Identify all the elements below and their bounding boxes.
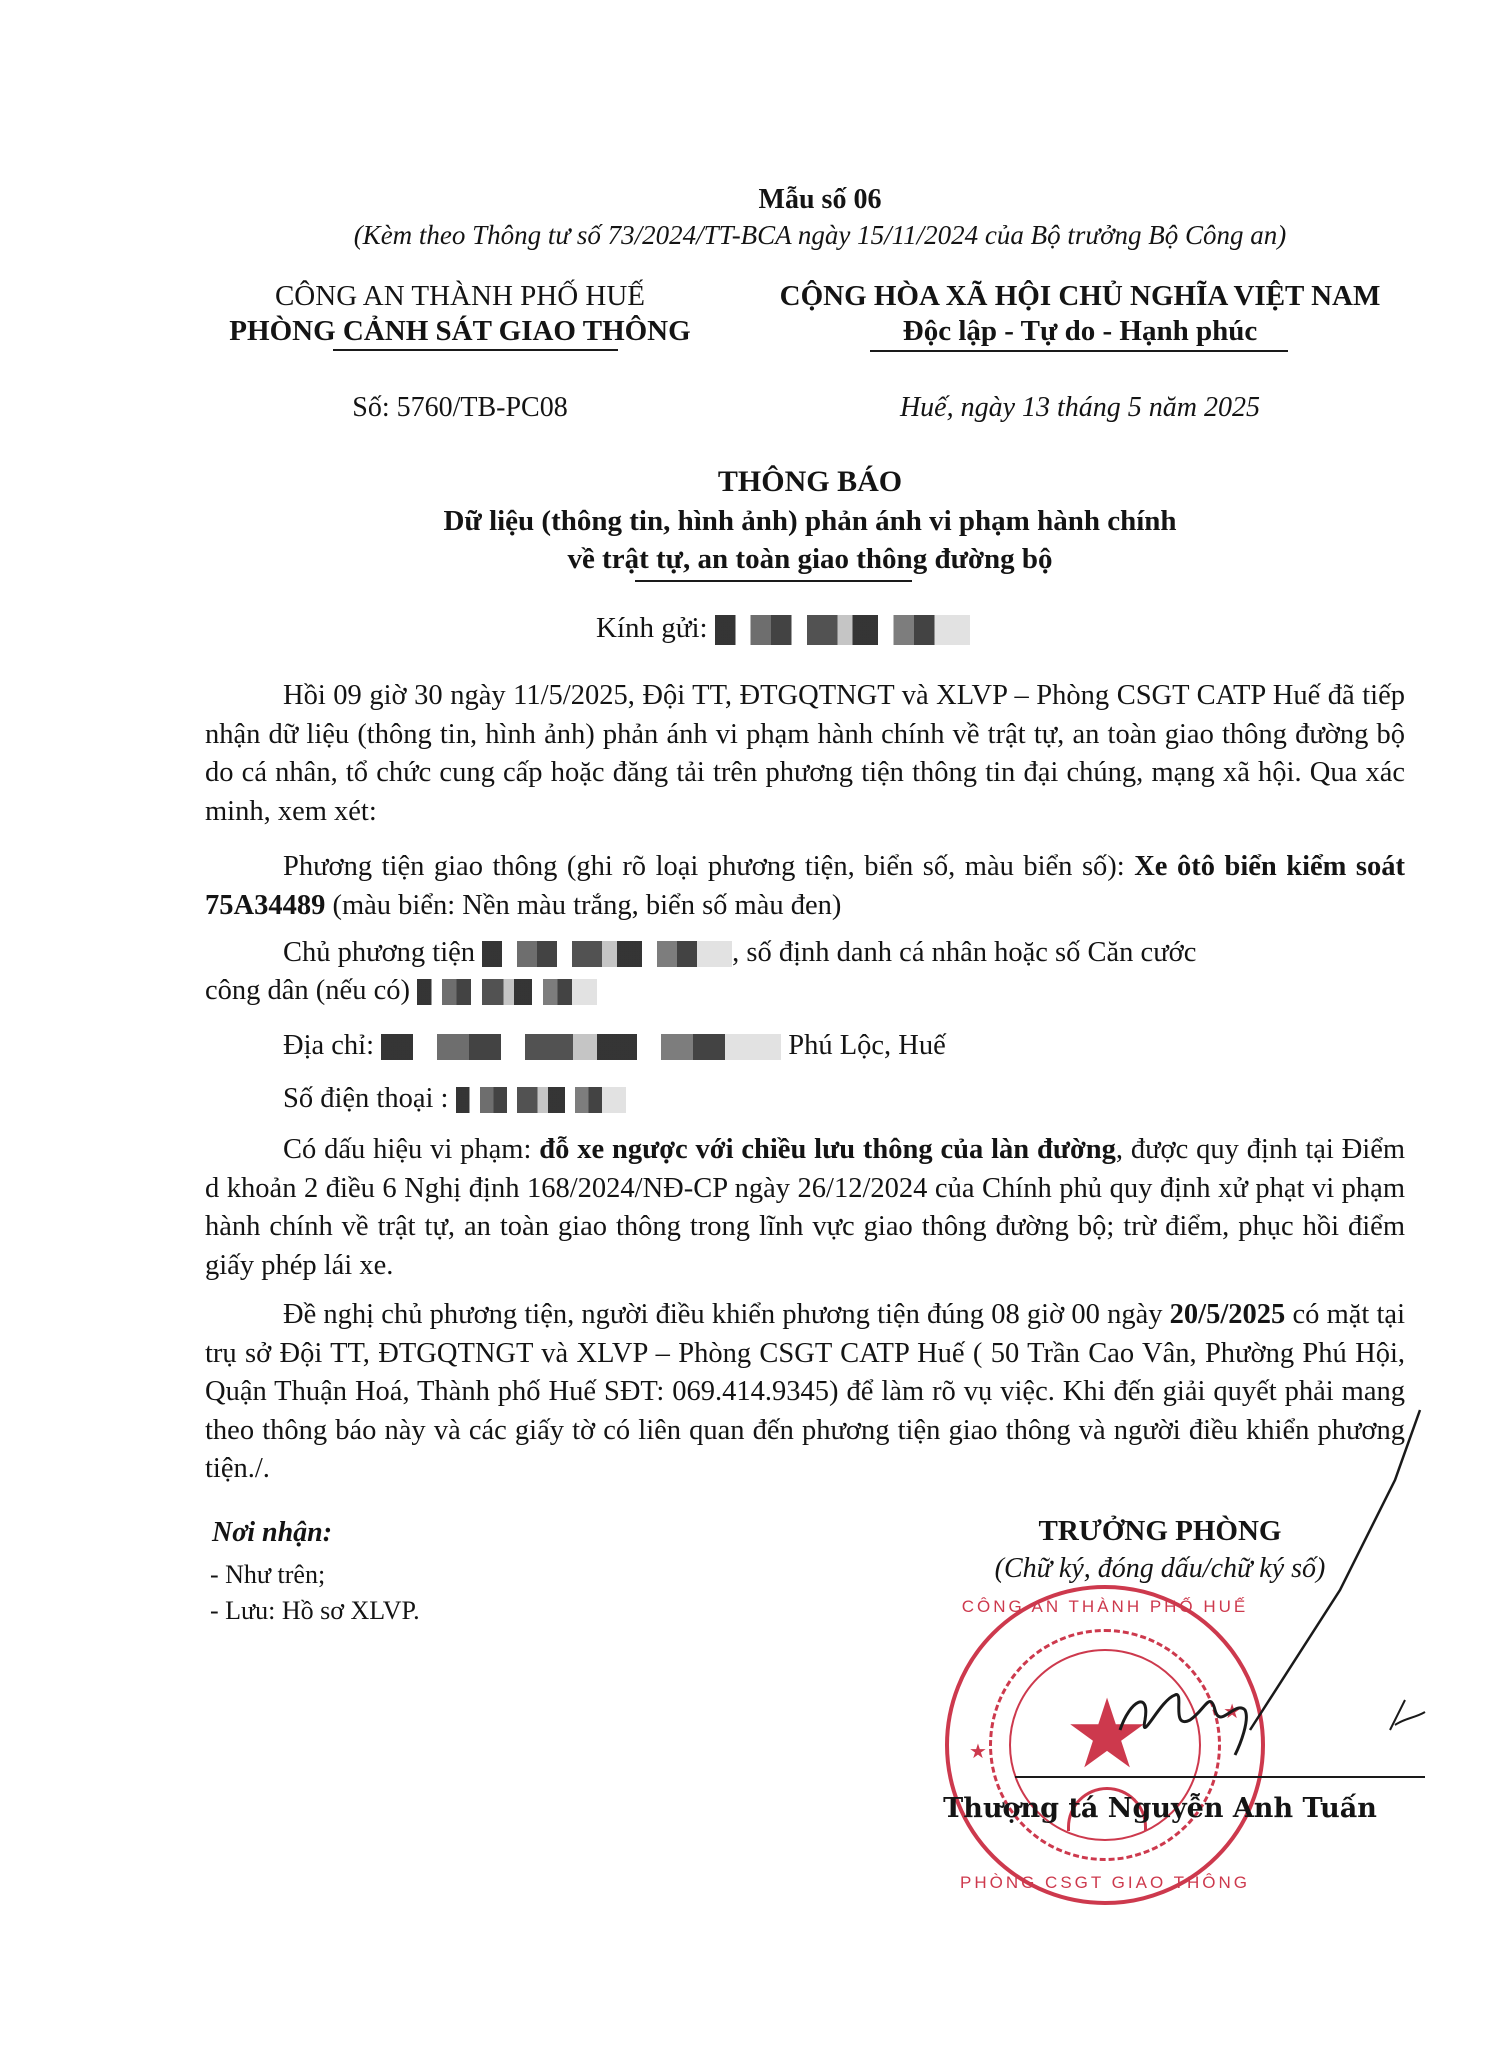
paragraph-vehicle: Phương tiện giao thông (ghi rõ loại phươ… bbox=[205, 848, 1405, 925]
id-line: công dân (nếu có) bbox=[205, 975, 597, 1007]
recipient-item: - Lưu: Hồ sơ XLVP. bbox=[210, 1593, 420, 1629]
recipients-list: - Như trên; - Lưu: Hồ sơ XLVP. bbox=[210, 1557, 420, 1629]
paragraph-intake: Hồi 09 giờ 30 ngày 11/5/2025, Đội TT, ĐT… bbox=[205, 677, 1405, 831]
id-label: công dân (nếu có) bbox=[205, 975, 410, 1006]
request-date: 20/5/2025 bbox=[1170, 1299, 1286, 1330]
address-label: Địa chỉ: bbox=[283, 1030, 374, 1061]
country-name: CỘNG HÒA XÃ HỘI CHỦ NGHĨA VIỆT NAM bbox=[730, 280, 1430, 313]
id-number-redacted bbox=[417, 979, 597, 1005]
agency-name: CÔNG AN THÀNH PHỐ HUẾ bbox=[190, 280, 730, 313]
owner-line: Chủ phương tiện , số định danh cá nhân h… bbox=[283, 937, 1196, 969]
recipient-item: - Như trên; bbox=[210, 1557, 420, 1593]
paragraph-violation: Có dấu hiệu vi phạm: đỗ xe ngược với chi… bbox=[205, 1131, 1405, 1285]
violation-prefix: Có dấu hiệu vi phạm: bbox=[283, 1134, 539, 1165]
attachment-note: (Kèm theo Thông tư số 73/2024/TT-BCA ngà… bbox=[0, 220, 1499, 251]
recipient-line: Kính gửi: bbox=[596, 612, 970, 645]
notice-title: THÔNG BÁO bbox=[0, 465, 1499, 499]
phone-redacted bbox=[456, 1087, 626, 1113]
address-line: Địa chỉ: Phú Lộc, Huế bbox=[283, 1030, 946, 1062]
address-redacted bbox=[381, 1034, 781, 1060]
phone-label: Số điện thoại : bbox=[283, 1083, 448, 1114]
recipient-label: Kính gửi: bbox=[596, 612, 708, 644]
department-underline bbox=[333, 349, 618, 351]
place-date: Huế, ngày 13 tháng 5 năm 2025 bbox=[730, 392, 1430, 424]
department-name: PHÒNG CẢNH SÁT GIAO THÔNG bbox=[190, 315, 730, 348]
owner-label: Chủ phương tiện bbox=[283, 937, 475, 968]
owner-suffix: , số định danh cá nhân hoặc số Căn cước bbox=[732, 937, 1196, 968]
seal-bottom-text: PHÒNG CSGT GIAO THÔNG bbox=[949, 1873, 1261, 1893]
handwritten-signature-icon bbox=[1000, 1400, 1430, 1820]
violation-description: đỗ xe ngược với chiều lưu thông của làn … bbox=[539, 1134, 1116, 1165]
document-number: Số: 5760/TB-PC08 bbox=[190, 392, 730, 424]
subtitle-underline bbox=[635, 580, 912, 582]
vehicle-prefix: Phương tiện giao thông (ghi rõ loại phươ… bbox=[283, 851, 1134, 882]
signer-name: Thượng tá Nguyễn Anh Tuấn bbox=[880, 1793, 1440, 1824]
owner-name-redacted bbox=[482, 941, 732, 967]
notice-subtitle-1: Dữ liệu (thông tin, hình ảnh) phản ánh v… bbox=[0, 505, 1499, 538]
recipient-redacted bbox=[715, 615, 970, 645]
request-prefix: Đề nghị chủ phương tiện, người điều khiể… bbox=[283, 1299, 1170, 1330]
signature-line bbox=[1015, 1776, 1425, 1778]
paragraph-intake-text: Hồi 09 giờ 30 ngày 11/5/2025, Đội TT, ĐT… bbox=[205, 680, 1405, 827]
motto-underline bbox=[870, 350, 1288, 352]
national-motto: Độc lập - Tự do - Hạnh phúc bbox=[730, 315, 1430, 348]
recipients-label: Nơi nhận: bbox=[212, 1517, 332, 1549]
vehicle-suffix: (màu biển: Nền màu trắng, biển số màu đe… bbox=[325, 890, 841, 921]
address-suffix: Phú Lộc, Huế bbox=[781, 1030, 946, 1061]
phone-line: Số điện thoại : bbox=[283, 1083, 626, 1115]
form-number: Mẫu số 06 bbox=[0, 184, 1499, 216]
notice-subtitle-2: về trật tự, an toàn giao thông đường bộ bbox=[0, 543, 1499, 576]
